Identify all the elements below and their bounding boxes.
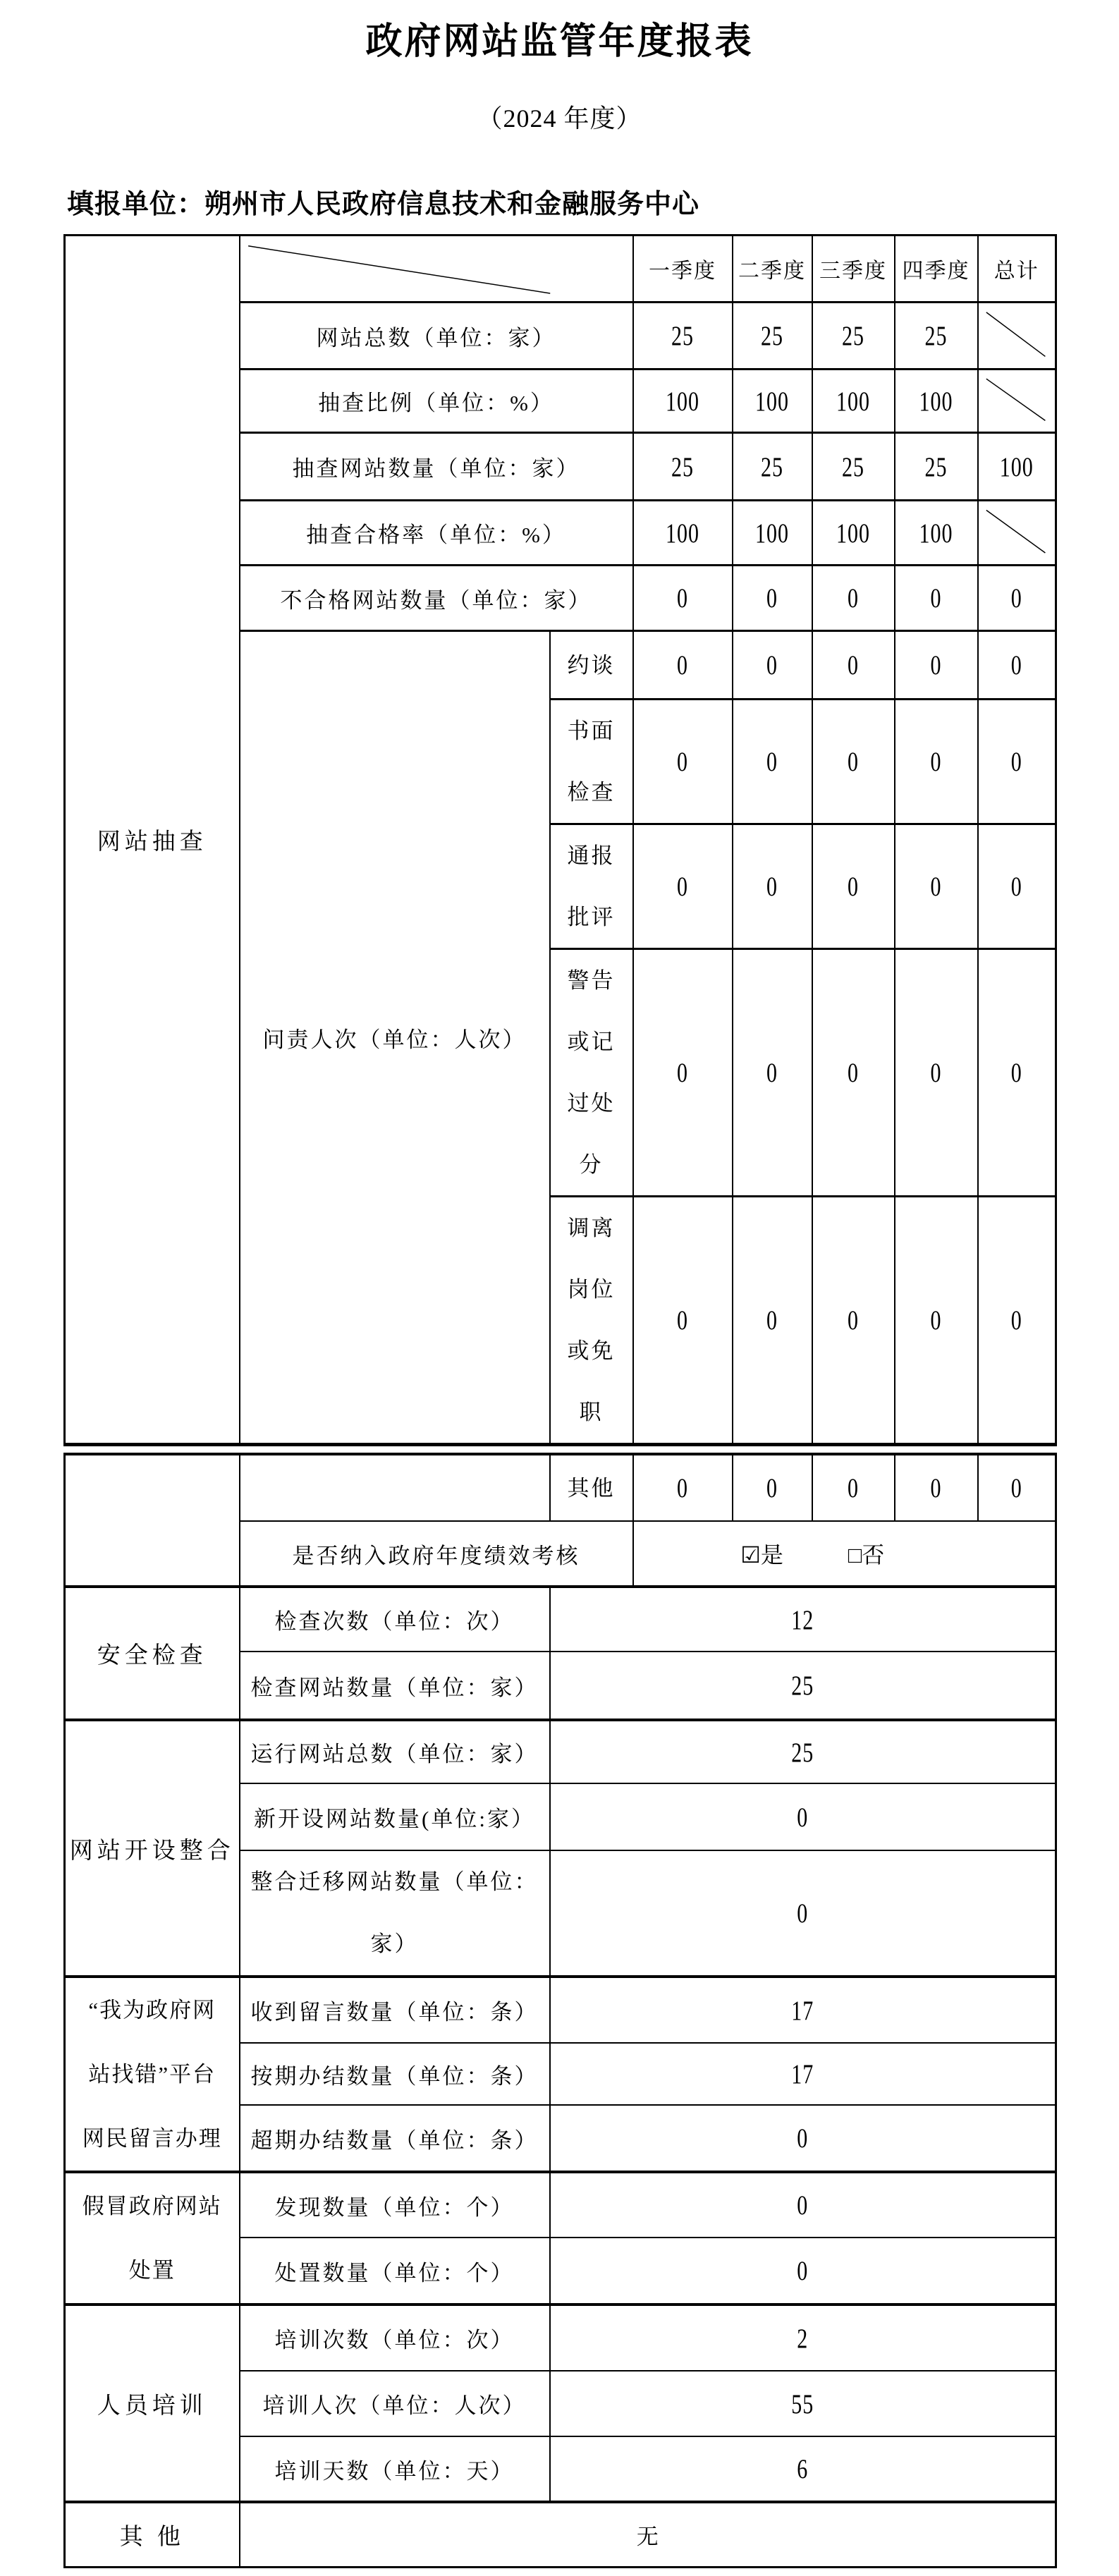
row-fake-sites-found: 假冒政府网站 处置 发现数量（单位：个） 0 — [65, 2172, 1056, 2238]
value-q2: 100 — [733, 370, 812, 433]
category-website-setup-integration: 网站开设整合 — [65, 1720, 240, 1977]
row-value: 25 — [550, 1652, 1056, 1720]
sub-label: 通报 批评 — [550, 824, 633, 949]
row-label: 新开设网站数量(单位:家） — [240, 1783, 550, 1850]
value-q1: 25 — [633, 303, 733, 370]
value-q4: 0 — [895, 949, 978, 1197]
value-q4: 100 — [895, 370, 978, 433]
value-total: 0 — [978, 566, 1056, 631]
value-q2: 100 — [733, 501, 812, 566]
row-label: 培训次数（单位：次） — [240, 2305, 550, 2371]
row-label: 收到留言数量（单位：条） — [240, 1977, 550, 2043]
category-other: 其 他 — [65, 2502, 240, 2567]
other-note-value: 无 — [240, 2502, 1056, 2567]
row-label: 处置数量（单位：个） — [240, 2238, 550, 2305]
category-fake-site-handling: 假冒政府网站 处置 — [65, 2172, 240, 2305]
value-q2: 0 — [733, 949, 812, 1197]
row-accountability-other: 其他 0 0 0 0 0 — [65, 1454, 1056, 1521]
value-total: 0 — [978, 1197, 1056, 1445]
row-label: 检查次数（单位：次） — [240, 1587, 550, 1652]
row-value: 0 — [550, 2172, 1056, 2238]
category-error-reporting-platform: “我为政府网 站找错”平台 网民留言办理 — [65, 1977, 240, 2172]
value-q1: 0 — [633, 631, 733, 700]
row-label: 整合迁移网站数量（单位： 家） — [240, 1850, 550, 1977]
row-running-websites: 网站开设整合 运行网站总数（单位：家） 25 — [65, 1720, 1056, 1783]
value-q4: 0 — [895, 700, 978, 824]
annual-summary-table: 其他 0 0 0 0 0 是否纳入政府年度绩效考核 ☑是 □否 安全检查 检查次… — [63, 1453, 1057, 2568]
category-security-inspection: 安全检查 — [65, 1587, 240, 1720]
row-value: 55 — [550, 2371, 1056, 2436]
value-q3: 100 — [812, 370, 895, 433]
row-label: 培训人次（单位：人次） — [240, 2371, 550, 2436]
row-value: 12 — [550, 1587, 1056, 1652]
value-q4: 25 — [895, 303, 978, 370]
value-q2: 0 — [733, 824, 812, 949]
col-header-q3: 三季度 — [812, 236, 895, 303]
value-q3: 25 — [812, 303, 895, 370]
assessment-value: ☑是 □否 — [633, 1521, 1056, 1587]
value-q3: 0 — [812, 631, 895, 700]
row-inspection-times: 安全检查 检查次数（单位：次） 12 — [65, 1587, 1056, 1652]
value-q2: 0 — [733, 566, 812, 631]
value-total-diagonal — [978, 303, 1056, 370]
row-label: 发现数量（单位：个） — [240, 2172, 550, 2238]
value-q4: 0 — [895, 1454, 978, 1521]
value-total: 0 — [978, 949, 1056, 1197]
diagonal-line-icon — [979, 370, 1056, 432]
row-label: 运行网站总数（单位：家） — [240, 1720, 550, 1783]
value-q1: 0 — [633, 566, 733, 631]
quarterly-spotcheck-table: 网站抽查 一季度 二季度 三季度 四季度 总计 网站总数（单位：家） 25 25… — [63, 234, 1057, 1446]
sub-label: 调离 岗位 或免 职 — [550, 1197, 633, 1445]
col-header-q1: 一季度 — [633, 236, 733, 303]
col-header-total: 总计 — [978, 236, 1056, 303]
value-q1: 0 — [633, 700, 733, 824]
value-q2: 0 — [733, 1454, 812, 1521]
row-value: 0 — [550, 1783, 1056, 1850]
row-label: 抽查合格率（单位：%） — [240, 501, 633, 566]
value-total: 0 — [978, 824, 1056, 949]
value-q4: 0 — [895, 566, 978, 631]
value-q2: 25 — [733, 433, 812, 501]
row-value: 6 — [550, 2436, 1056, 2502]
value-q3: 0 — [812, 824, 895, 949]
value-total: 0 — [978, 1454, 1056, 1521]
category-empty — [65, 1454, 240, 1587]
value-q1: 0 — [633, 1197, 733, 1445]
value-q1: 100 — [633, 370, 733, 433]
category-website-spotcheck: 网站抽查 — [65, 236, 240, 1445]
row-other-note: 其 他 无 — [65, 2502, 1056, 2567]
row-value: 0 — [550, 1850, 1056, 1977]
reporting-unit: 填报单位：朔州市人民政府信息技术和金融服务中心 — [67, 182, 699, 221]
value-q2: 0 — [733, 631, 812, 700]
col-header-q4: 四季度 — [895, 236, 978, 303]
value-q3: 25 — [812, 433, 895, 501]
value-total: 100 — [978, 433, 1056, 501]
diagonal-line-icon — [240, 236, 632, 301]
page-title: 政府网站监管年度报表 — [0, 11, 1119, 64]
row-label: 按期办结数量（单位：条） — [240, 2043, 550, 2105]
row-label: 是否纳入政府年度绩效考核 — [240, 1521, 633, 1587]
category-personnel-training: 人员培训 — [65, 2305, 240, 2502]
page-subtitle: （2024 年度） — [0, 99, 1119, 135]
row-label: 抽查网站数量（单位：家） — [240, 433, 633, 501]
value-q3: 0 — [812, 566, 895, 631]
value-q3: 100 — [812, 501, 895, 566]
row-label: 超期办结数量（单位：条） — [240, 2105, 550, 2172]
checkbox-yes: ☑是 — [740, 1537, 783, 1570]
value-q2: 0 — [733, 700, 812, 824]
row-value: 25 — [550, 1720, 1056, 1783]
row-label: 培训天数（单位：天） — [240, 2436, 550, 2502]
row-value: 17 — [550, 2043, 1056, 2105]
row-value: 17 — [550, 1977, 1056, 2043]
value-total-diagonal — [978, 370, 1056, 433]
value-total: 0 — [978, 700, 1056, 824]
value-q4: 0 — [895, 824, 978, 949]
row-value: 0 — [550, 2238, 1056, 2305]
value-total: 0 — [978, 631, 1056, 700]
value-q4: 25 — [895, 433, 978, 501]
sub-label: 约谈 — [550, 631, 633, 700]
value-q1: 0 — [633, 824, 733, 949]
row-value: 0 — [550, 2105, 1056, 2172]
value-total-diagonal — [978, 501, 1056, 566]
value-q4: 0 — [895, 631, 978, 700]
sub-label: 其他 — [550, 1454, 633, 1521]
row-label: 检查网站数量（单位：家） — [240, 1652, 550, 1720]
row-label: 不合格网站数量（单位：家） — [240, 566, 633, 631]
row-value: 2 — [550, 2305, 1056, 2371]
value-q2: 25 — [733, 303, 812, 370]
diagonal-line-icon — [979, 303, 1056, 368]
value-q4: 0 — [895, 1197, 978, 1445]
accountability-label: 问责人次（单位：人次） — [240, 631, 550, 1445]
value-q2: 0 — [733, 1197, 812, 1445]
diagonal-line-icon — [979, 501, 1056, 564]
value-q3: 0 — [812, 1197, 895, 1445]
row-messages-received: “我为政府网 站找错”平台 网民留言办理 收到留言数量（单位：条） 17 — [65, 1977, 1056, 2043]
value-q1: 0 — [633, 949, 733, 1197]
value-q3: 0 — [812, 1454, 895, 1521]
row-label: 网站总数（单位：家） — [240, 303, 633, 370]
col-header-q2: 二季度 — [733, 236, 812, 303]
category-label: 网站抽查 — [97, 829, 207, 855]
sub-label: 书面 检查 — [550, 700, 633, 824]
value-q3: 0 — [812, 949, 895, 1197]
label-empty — [240, 1454, 550, 1521]
sub-label: 警告 或记 过处 分 — [550, 949, 633, 1197]
checkbox-no: □否 — [848, 1537, 884, 1570]
row-training-times: 人员培训 培训次数（单位：次） 2 — [65, 2305, 1056, 2371]
value-q1: 25 — [633, 433, 733, 501]
value-q3: 0 — [812, 700, 895, 824]
row-label: 抽查比例（单位：%） — [240, 370, 633, 433]
header-diagonal-cell — [240, 236, 633, 303]
value-q1: 0 — [633, 1454, 733, 1521]
value-q1: 100 — [633, 501, 733, 566]
value-q4: 100 — [895, 501, 978, 566]
